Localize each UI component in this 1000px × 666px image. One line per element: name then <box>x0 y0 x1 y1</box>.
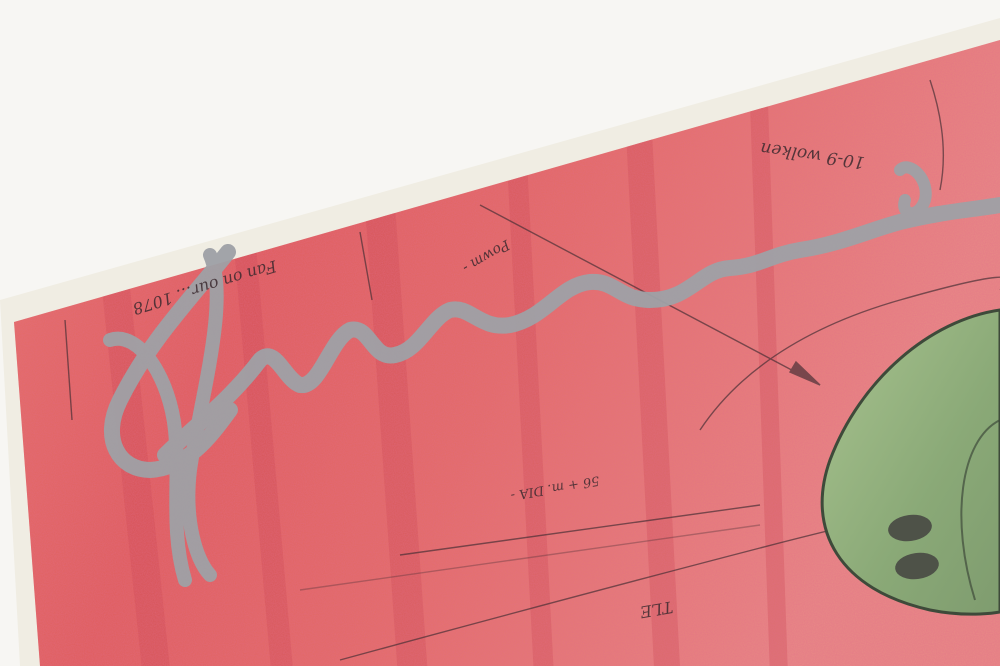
photo-scene <box>0 0 1000 666</box>
